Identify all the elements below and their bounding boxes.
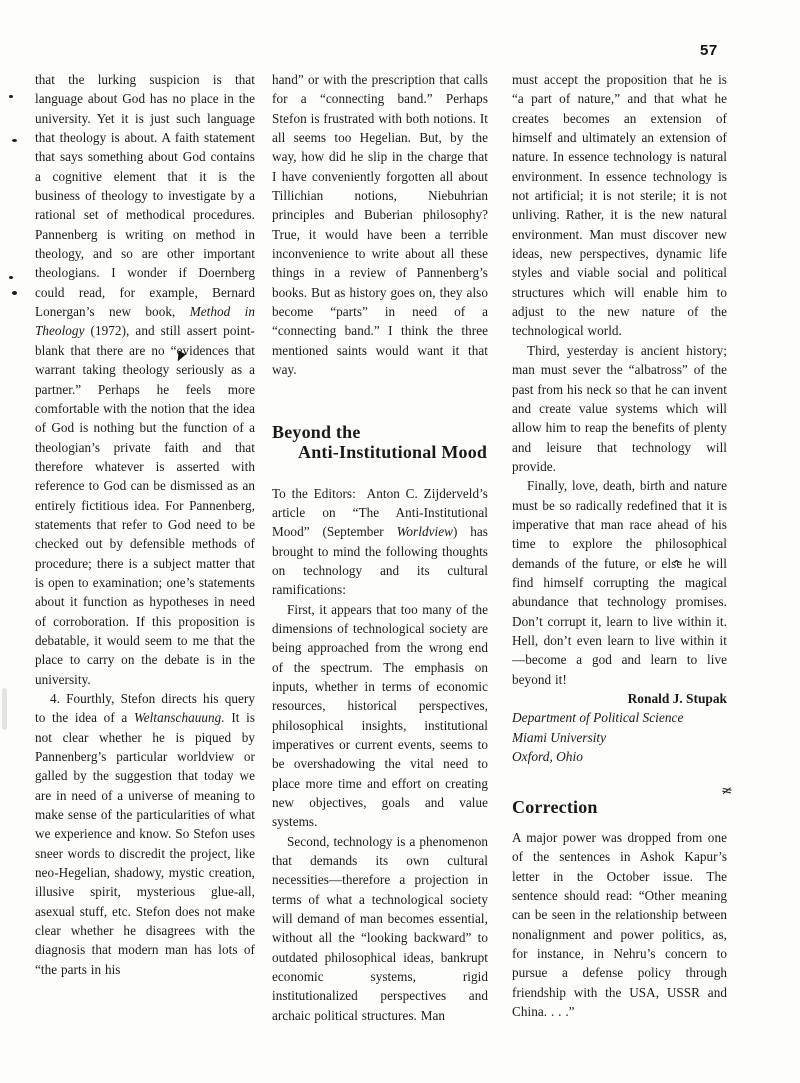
- body-text: Finally, love, death, birth and nature m…: [512, 478, 727, 686]
- caret-mark-icon: ^: [672, 558, 681, 571]
- address-line: Miami University: [512, 728, 727, 747]
- body-text: Third, yesterday is ancient history; man…: [512, 343, 727, 474]
- italic-text: Weltanschauung.: [134, 710, 225, 725]
- body-text: First, it appears that too many of the d…: [272, 602, 488, 830]
- body-text: (1972), and still assert point-blank tha…: [35, 323, 255, 686]
- body-text: It is not clear whether he is piqued by …: [35, 710, 255, 976]
- body-text: hand” or with the prescription that call…: [272, 72, 488, 377]
- ink-speck: [9, 95, 13, 98]
- heading-line: Correction: [512, 797, 727, 818]
- signature-address: Department of Political ScienceMiami Uni…: [512, 708, 727, 766]
- paragraph: First, it appears that too many of the d…: [272, 600, 488, 832]
- address-line: Department of Political Science: [512, 708, 727, 727]
- magazine-page: 57 that the lurking suspicion is that la…: [0, 0, 800, 1083]
- ink-speck: [12, 139, 17, 142]
- body-text: must accept the proposition that he is “…: [512, 72, 727, 338]
- paragraph: that the lurking suspicion is that langu…: [35, 70, 255, 689]
- column-2: hand” or with the prescription that call…: [272, 70, 488, 1025]
- paragraph: Third, yesterday is ancient history; man…: [512, 341, 727, 476]
- page-number: 57: [700, 42, 718, 59]
- address-line: Oxford, Ohio: [512, 747, 727, 766]
- column-1: that the lurking suspicion is that langu…: [35, 70, 255, 1025]
- body-text: Second, technology is a phenomenon that …: [272, 834, 488, 1023]
- paragraph: A major power was dropped from one of th…: [512, 828, 727, 1021]
- paragraph: Finally, love, death, birth and nature m…: [512, 476, 727, 689]
- body-text: A major power was dropped from one of th…: [512, 830, 727, 1019]
- paragraph: Second, technology is a phenomenon that …: [272, 832, 488, 1025]
- ink-speck: [12, 291, 17, 295]
- section-heading: Correction: [512, 797, 727, 818]
- ink-speck: [9, 276, 13, 279]
- italic-text: Worldview: [397, 524, 453, 539]
- text-columns: that the lurking suspicion is that langu…: [35, 70, 727, 1025]
- paragraph: must accept the proposition that he is “…: [512, 70, 727, 341]
- heading-line: Beyond the: [272, 422, 488, 443]
- scan-smudge: [2, 688, 7, 730]
- paragraph: hand” or with the prescription that call…: [272, 70, 488, 380]
- body-text: that the lurking suspicion is that langu…: [35, 72, 255, 319]
- paragraph: 4. Fourthly, Stefon directs his query to…: [35, 689, 255, 979]
- heading-line: Anti-Institutional Mood: [272, 442, 488, 463]
- column-3: must accept the proposition that he is “…: [512, 70, 727, 1025]
- signature-name: Ronald J. Stupak: [512, 689, 727, 708]
- paragraph: To the Editors: Anton C. Zijderveld’s ar…: [272, 484, 488, 600]
- section-heading: Beyond theAnti-Institutional Mood: [272, 422, 488, 463]
- squiggle-mark-icon: ≠: [719, 782, 734, 800]
